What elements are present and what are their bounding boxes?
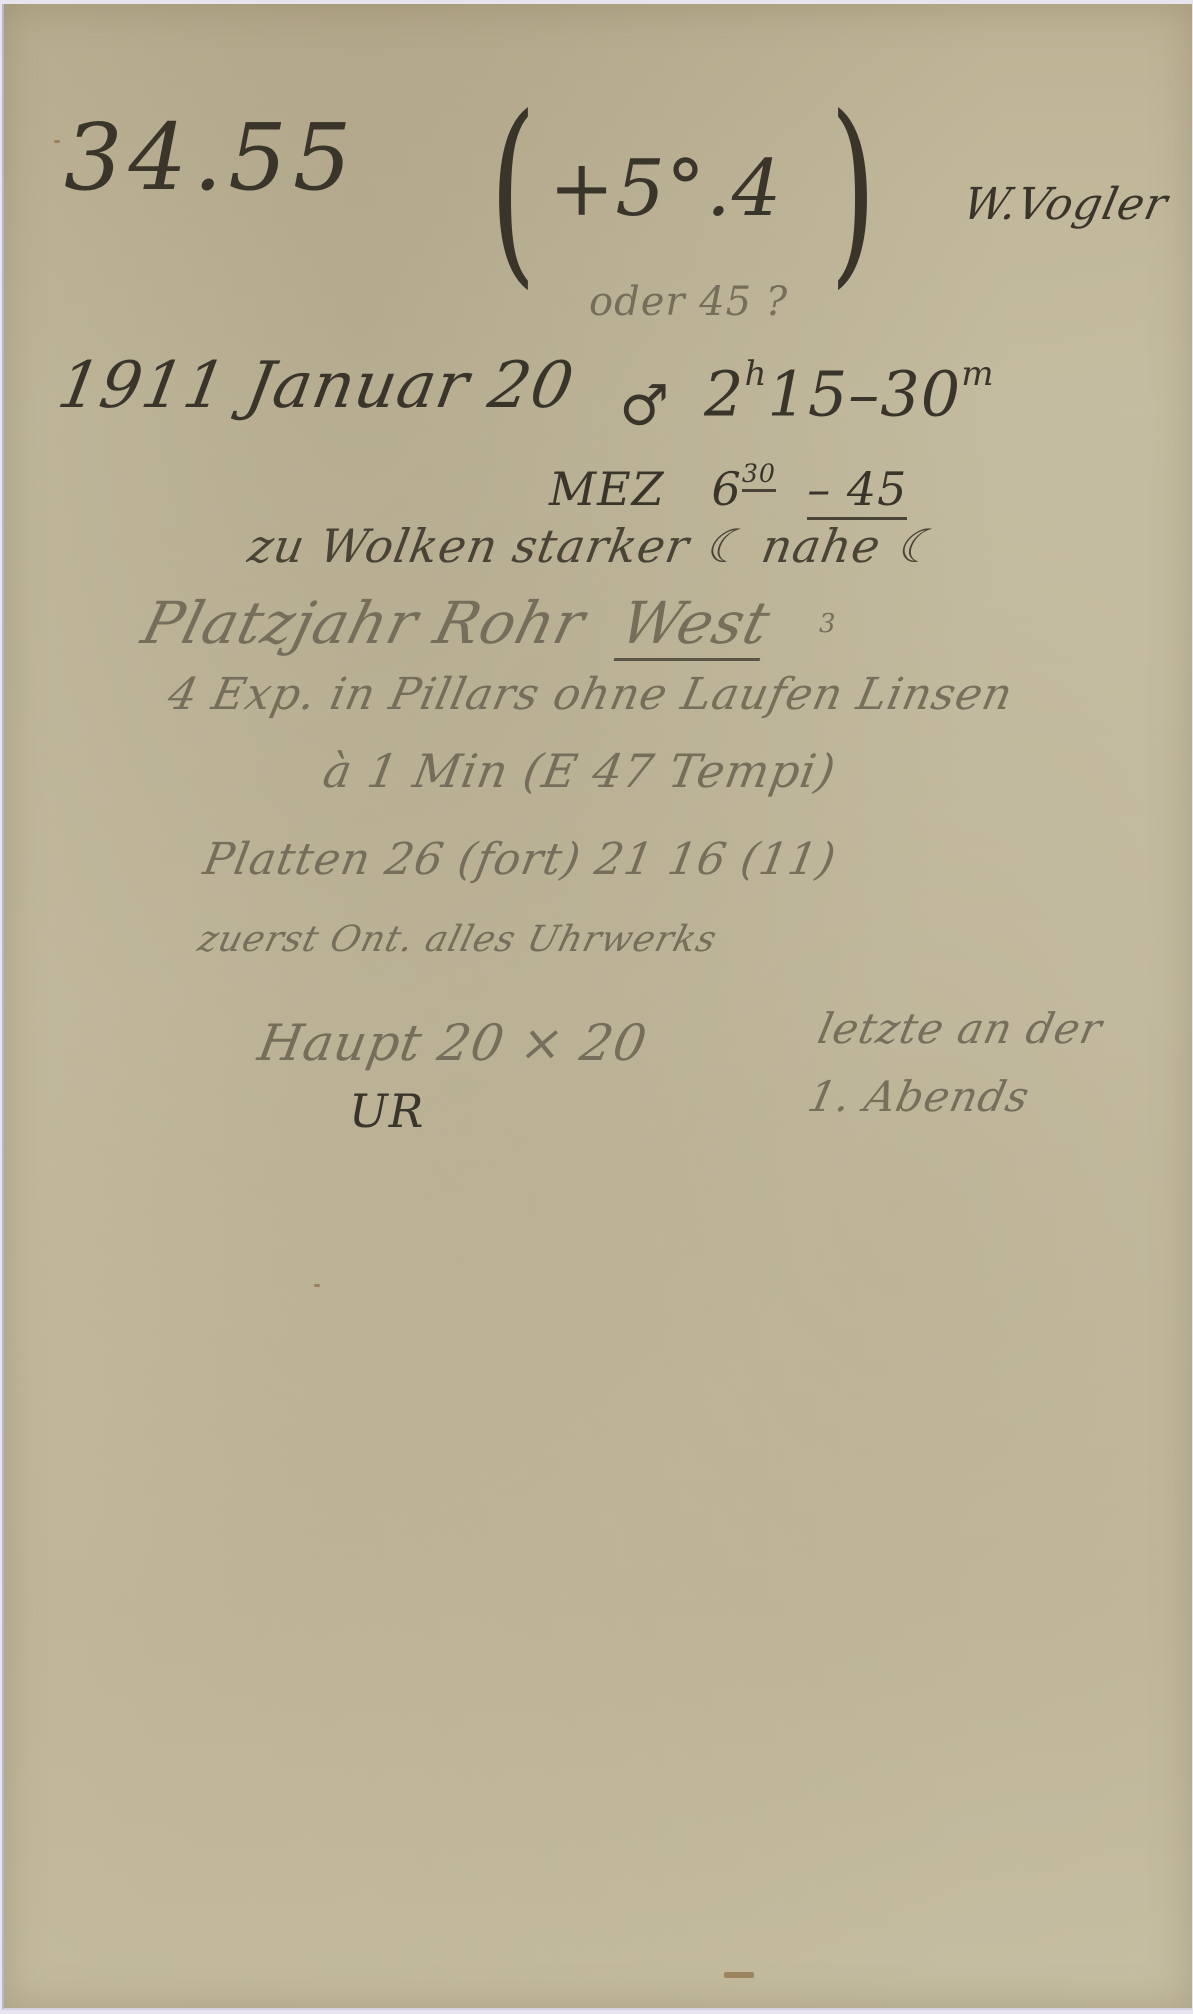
exposure-line-2: à 1 Min (E 47 Tempi) <box>319 744 840 798</box>
time-range: 2h15–30m <box>704 354 995 431</box>
header-signature: W.Vogler <box>959 179 1173 230</box>
left-paren: ( <box>490 74 537 307</box>
right-note-2: 1. Abends <box>804 1072 1034 1121</box>
format-line: Haupt 20 × 20 <box>254 1014 652 1072</box>
plate-counts: Platten 26 (fort) 21 16 (11) <box>200 834 841 885</box>
plate-mark: 3 <box>819 609 837 639</box>
paper-spot <box>54 140 60 143</box>
clouds-line: zu Wolken starker ☾ nahe ☾ <box>244 519 943 573</box>
note-line: zuerst Ont. alles Uhrwerks <box>194 919 721 960</box>
time-minute-unit: m <box>961 354 994 394</box>
header-alt-value: oder 45 ? <box>589 279 788 325</box>
exposure-line: 4 Exp. in Pillars ohne Laufen Linsen <box>164 669 1018 720</box>
planet-symbol: ♂ <box>619 374 670 439</box>
mez-label: MEZ <box>549 462 665 516</box>
time-hour: 2 <box>704 358 744 431</box>
plate-line: Platzjahr Rohr West <box>136 589 778 657</box>
paper-spot <box>314 1284 320 1287</box>
time-hour-unit: h <box>744 354 767 394</box>
plate-line-text: Platzjahr Rohr <box>136 589 593 657</box>
date-line: 1911 Januar 20 <box>52 349 579 423</box>
header-number: 34.55 <box>64 104 357 211</box>
right-paren: ) <box>830 74 877 307</box>
header-paren-value: +5°.4 <box>549 144 782 234</box>
right-note-1: letzte an der <box>814 1004 1107 1053</box>
mez-time: MEZ 630 – 45 <box>549 459 907 516</box>
time-minutes: 15–30 <box>767 358 961 431</box>
paper-sheet: 34.55 ( +5°.4 ) oder 45 ? W.Vogler 1911 … <box>2 4 1192 2010</box>
paper-spot <box>724 1972 754 1978</box>
mez-minute-start: 30 <box>742 459 776 492</box>
plate-direction: West <box>613 589 777 661</box>
mez-hour: 6 <box>712 462 742 516</box>
mez-minute-end: – 45 <box>807 462 907 520</box>
format-sub: UR <box>349 1084 424 1138</box>
